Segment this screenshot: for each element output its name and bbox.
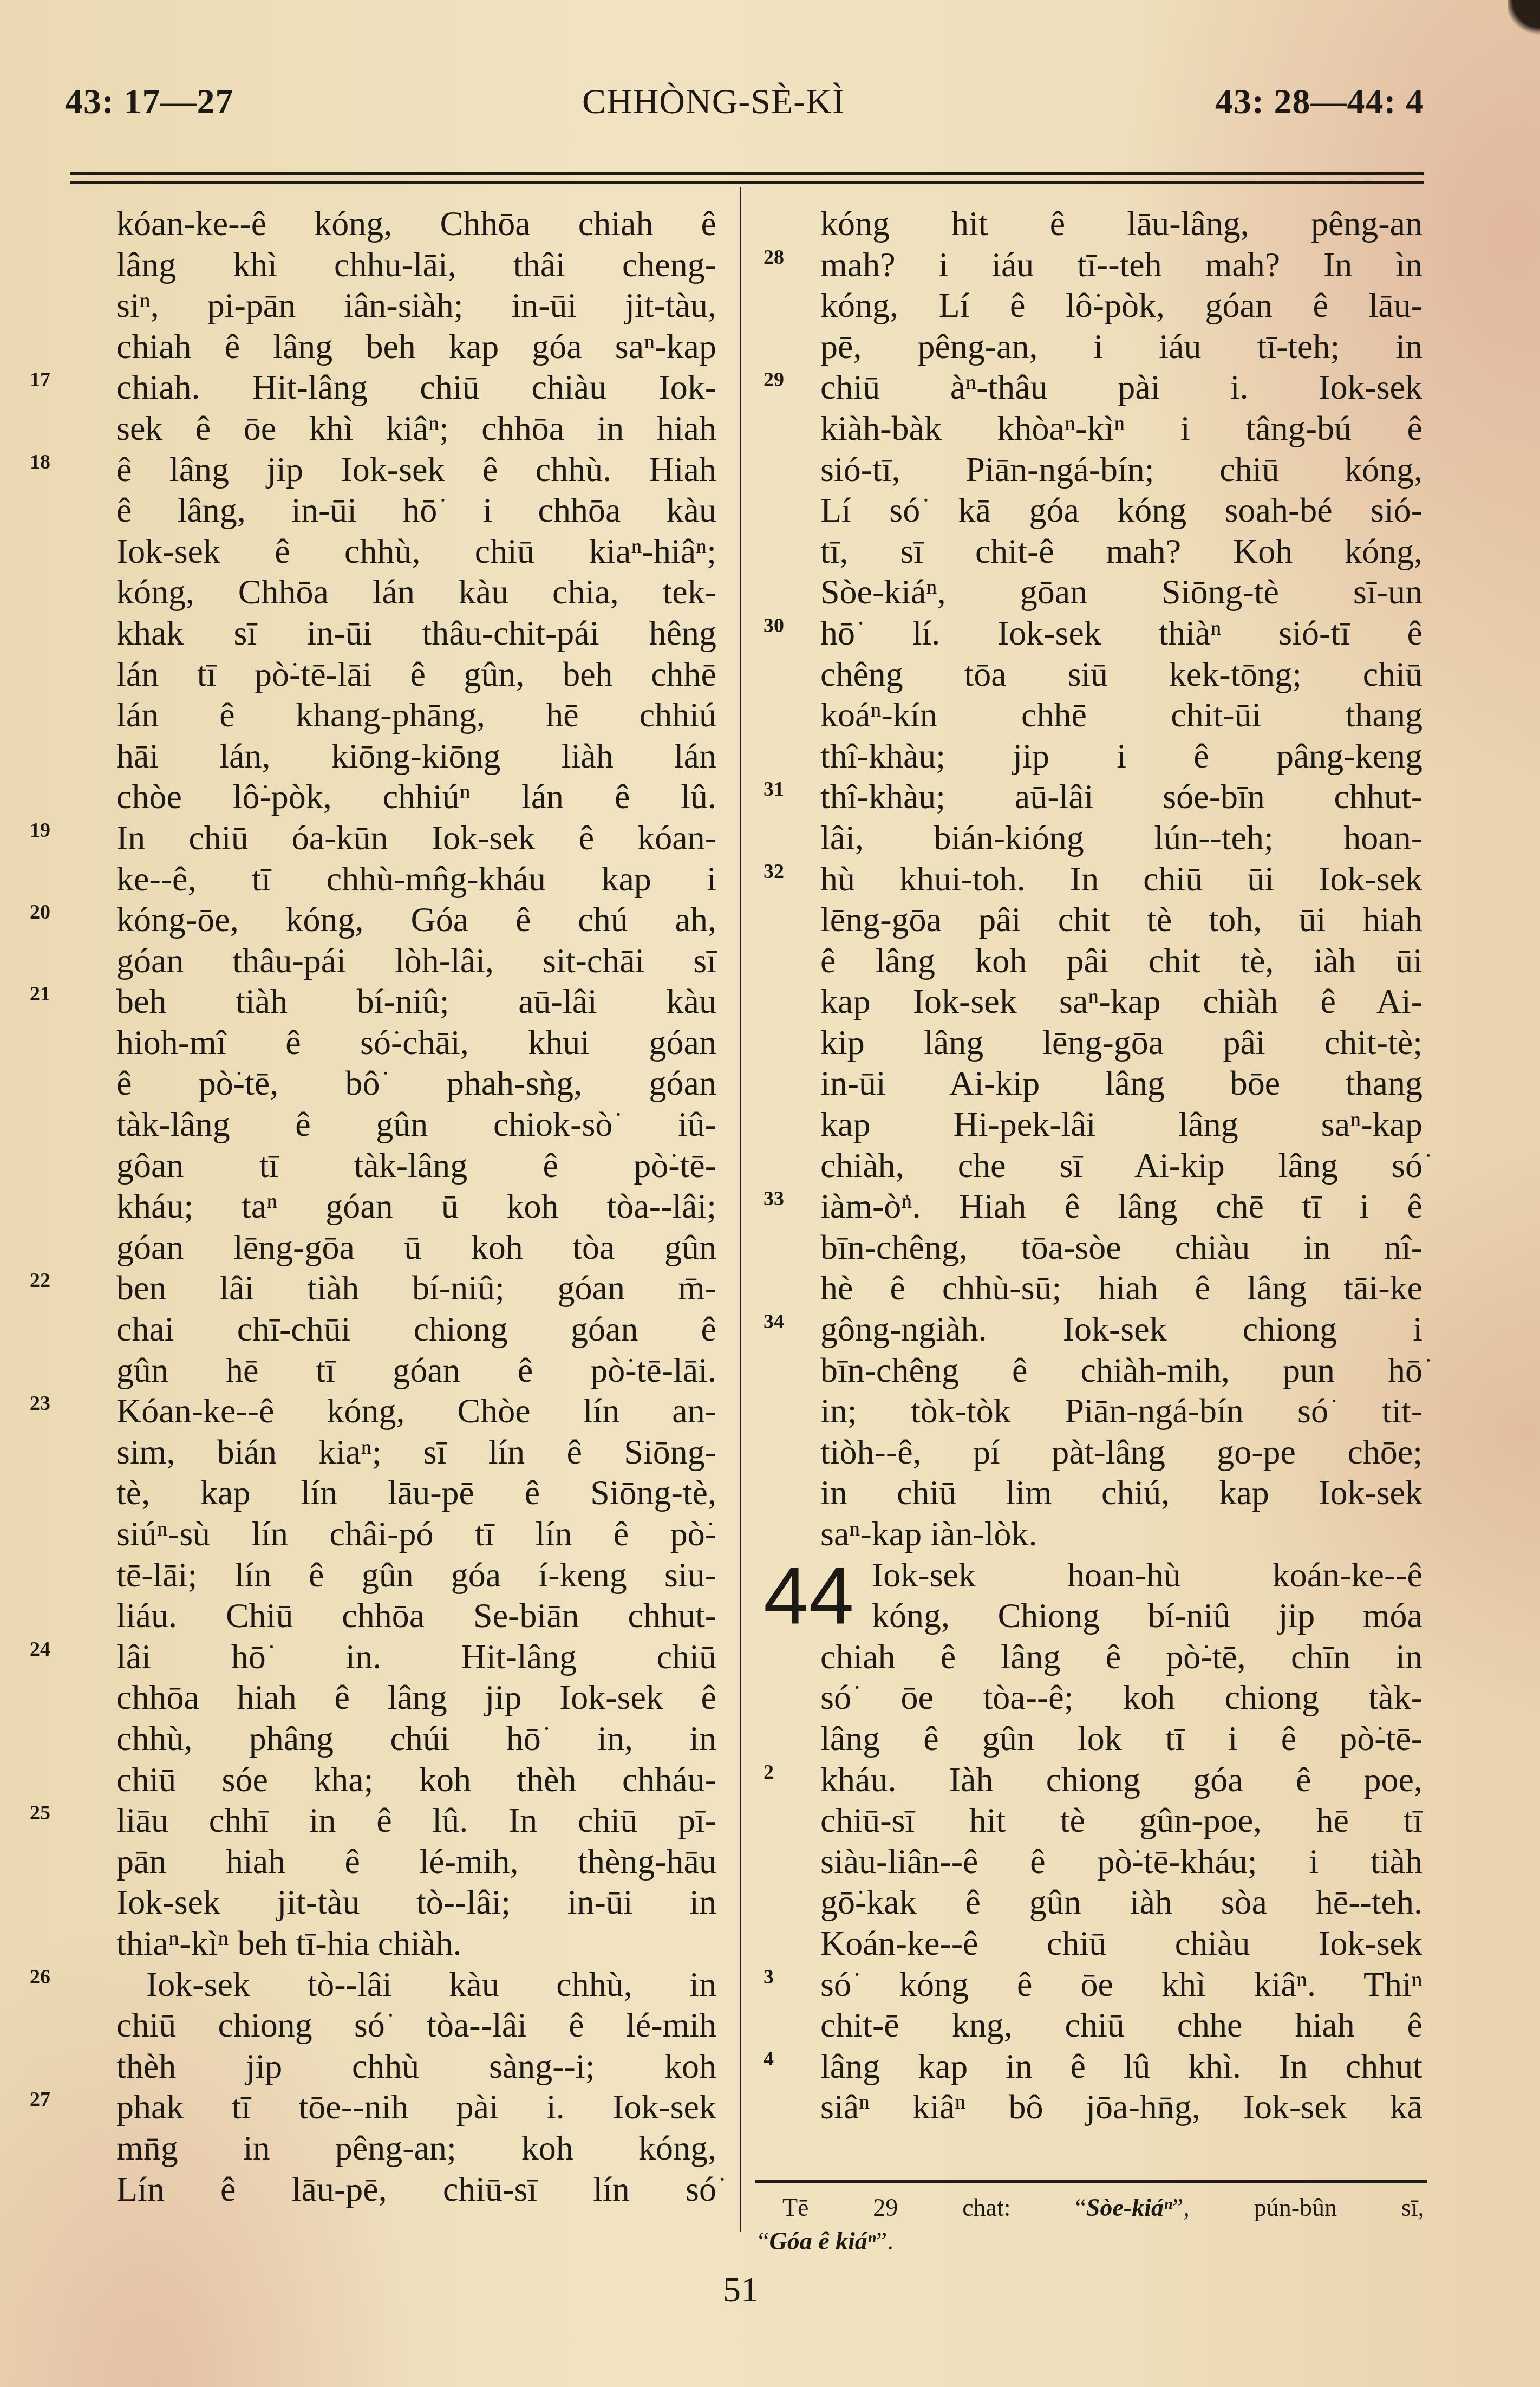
text-line: in-ūi Ai-kip lâng bōe thang (820, 1063, 1422, 1104)
line-text: In chiū óa-kūn Iok-sek ê kóan- (116, 817, 716, 858)
text-line: ke--ê, tī chhù-mn̂g-kháu kap i (116, 858, 716, 900)
text-line: Sòe-kiáⁿ, gōan Siōng-tè sī-un (820, 571, 1422, 613)
verse-number: 32 (764, 861, 807, 882)
line-text: lâng ê gûn lok tī i ê pò͘-tē- (820, 1718, 1422, 1759)
text-line: chiah ê lâng beh kap góa saⁿ-kap (116, 326, 716, 367)
line-text: chiū chiong só͘ tòa--lâi ê lé-mih (116, 2005, 716, 2046)
text-line: chiah ê lâng ê pò͘-tē, chīn in (820, 1636, 1422, 1677)
text-line: chêng tōa siū kek-tōng; chiū (820, 654, 1422, 695)
text-line: kiàh-bàk khòaⁿ-kìⁿ i tâng-bú ê (820, 408, 1422, 449)
text-line: ê lâng koh pâi chit tè, iàh ūi (820, 940, 1422, 981)
line-text: Sòe-kiáⁿ, gōan Siōng-tè sī-un (820, 571, 1422, 613)
text-line: sim, bián kiaⁿ; sī lín ê Siōng- (116, 1432, 716, 1473)
text-line: chòe lô͘-pòk, chhiúⁿ lán ê lû. (116, 776, 716, 817)
text-line: 34gông-ngiàh. Iok-sek chiong i (820, 1309, 1422, 1350)
text-line: 21beh tiàh bí-niû; aū-lâi kàu (116, 981, 716, 1022)
line-text: tàk-lâng ê gûn chiok-sò͘ iû- (116, 1104, 716, 1145)
text-line: gō͘-kak ê gûn iàh sòa hē--teh. (820, 1882, 1422, 1923)
line-text: chai chī-chūi chiong góan ê (116, 1309, 716, 1350)
line-text: mah? i iáu tī--teh mah? In ìn (820, 244, 1422, 285)
text-line: kóng, Chiong bí-niû jip móa (820, 1595, 1422, 1636)
line-text: mn̄g in pêng-an; koh kóng, (116, 2128, 716, 2169)
verse-number: 18 (30, 451, 73, 473)
verse-number: 22 (30, 1270, 73, 1291)
running-head-book-title: CHHÒNG-SÈ-KÌ (582, 81, 845, 122)
line-text: kóng hit ê lāu-lâng, pêng-an (820, 203, 1422, 244)
text-line: chiū-sī hit tè gûn-poe, hē tī (820, 1800, 1422, 1841)
text-line: ê pò͘-tē, bô͘ phah-sǹg, góan (116, 1063, 716, 1104)
page-number: 51 (723, 2269, 759, 2311)
text-line: 27phak tī tōe--nih pài i. Iok-sek (116, 2086, 716, 2128)
line-text: gông-ngiàh. Iok-sek chiong i (820, 1309, 1422, 1350)
text-line: thiaⁿ-kìⁿ beh tī-hia chiàh. (116, 1923, 716, 1964)
text-line: 33iàm-ò͘ⁿ. Hiah ê lâng chē tī i ê (820, 1186, 1422, 1227)
verse-number: 33 (764, 1188, 807, 1209)
column-divider (740, 187, 741, 2232)
line-text: ê lâng jip Iok-sek ê chhù. Hiah (116, 449, 716, 490)
line-text: lán ê khang-phāng, hē chhiú (116, 694, 716, 736)
text-line: kháu; taⁿ góan ū koh tòa--lâi; (116, 1186, 716, 1227)
line-text: chiah. Hit-lâng chiū chiàu Iok- (116, 367, 716, 408)
verse-number: 25 (30, 1802, 73, 1824)
line-text: só͘ ōe tòa--ê; koh chiong tàk- (820, 1677, 1422, 1718)
text-line: Iok-sek jit-tàu tò--lâi; in-ūi in (116, 1882, 716, 1923)
text-line: hāi lán, kiōng-kiōng liàh lán (116, 736, 716, 777)
text-line: kap Hi-pek-lâi lâng saⁿ-kap (820, 1104, 1422, 1145)
line-text: Kóan-ke--ê kóng, Chòe lín an- (116, 1390, 716, 1432)
text-line: liáu. Chiū chhōa Se-biān chhut- (116, 1595, 716, 1636)
line-text: só͘ kóng ê ōe khì kiâⁿ. Thiⁿ (820, 1964, 1422, 2005)
verse-number: 20 (30, 901, 73, 923)
line-text: siⁿ, pi-pān iân-siàh; in-ūi jit-tàu, (116, 285, 716, 326)
line-text: ê lâng koh pâi chit tè, iàh ūi (820, 940, 1422, 981)
text-line: 23Kóan-ke--ê kóng, Chòe lín an- (116, 1390, 716, 1432)
text-line: kóng, Lí ê lô͘-pòk, góan ê lāu- (820, 285, 1422, 326)
line-text: kip lâng lēng-gōa pâi chit-tè; (820, 1022, 1422, 1063)
text-line: chit-ē kng, chiū chhe hiah ê (820, 2005, 1422, 2046)
right-column: kóng hit ê lāu-lâng, pêng-an28mah? i iáu… (820, 203, 1422, 2128)
line-text: Iok-sek ê chhù, chiū kiaⁿ-hiâⁿ; (116, 531, 716, 572)
line-text: saⁿ-kap iàn-lòk. (820, 1514, 1037, 1553)
footnote-line-1: Tē 29 chat: “Sòe-kiáⁿ”, pún-bûn sī, (758, 2191, 1424, 2225)
text-line: 17chiah. Hit-lâng chiū chiàu Iok- (116, 367, 716, 408)
line-text: thèh jip chhù sàng--i; koh (116, 2046, 716, 2087)
footnote-text: ”. (876, 2227, 893, 2255)
text-line: só͘ ōe tòa--ê; koh chiong tàk- (820, 1677, 1422, 1718)
footnote-italic-term: Góa ê kiáⁿ (769, 2227, 876, 2255)
line-text: kap Hi-pek-lâi lâng saⁿ-kap (820, 1104, 1422, 1145)
line-text: hō͘ lí. Iok-sek thiàⁿ sió-tī ê (820, 613, 1422, 654)
running-head-left-ref: 43: 17—27 (65, 81, 233, 122)
text-line: chai chī-chūi chiong góan ê (116, 1309, 716, 1350)
text-line: koáⁿ-kín chhē chit-ūi thang (820, 694, 1422, 736)
line-text: kóng-ōe, kóng, Góa ê chú ah, (116, 899, 716, 940)
text-line: chiàh, che sī Ai-kip lâng só͘ (820, 1145, 1422, 1186)
line-text: lâng kap in ê lû khì. In chhut (820, 2046, 1422, 2087)
line-text: chêng tōa siū kek-tōng; chiū (820, 654, 1422, 695)
line-text: Koán-ke--ê chiū chiàu Iok-sek (820, 1923, 1422, 1964)
text-line: góan lēng-gōa ū koh tòa gûn (116, 1227, 716, 1268)
line-text: siàu-liân--ê ê pò͘-tē-kháu; i tiàh (820, 1841, 1422, 1882)
text-line: kóng, Chhōa lán kàu chia, tek- (116, 571, 716, 613)
text-line: thî-khàu; jip i ê pâng-keng (820, 736, 1422, 777)
text-line: hè ê chhù-sū; hiah ê lâng tāi-ke (820, 1267, 1422, 1309)
text-line: 30hō͘ lí. Iok-sek thiàⁿ sió-tī ê (820, 613, 1422, 654)
text-line: siúⁿ-sù lín châi-pó tī lín ê pò͘- (116, 1513, 716, 1555)
line-text: chiah ê lâng ê pò͘-tē, chīn in (820, 1636, 1422, 1677)
line-text: chhù, phâng chúi hō͘ in, in (116, 1718, 716, 1759)
line-text: liáu. Chiū chhōa Se-biān chhut- (116, 1595, 716, 1636)
text-line: lán ê khang-phāng, hē chhiú (116, 694, 716, 736)
verse-number: 31 (764, 778, 807, 800)
verse-number: 30 (764, 615, 807, 636)
text-line: chiū chiong só͘ tòa--lâi ê lé-mih (116, 2005, 716, 2046)
line-text: thiaⁿ-kìⁿ beh tī-hia chiàh. (116, 1924, 461, 1962)
line-text: ê pò͘-tē, bô͘ phah-sǹg, góan (116, 1063, 716, 1104)
line-text: hè ê chhù-sū; hiah ê lâng tāi-ke (820, 1267, 1422, 1309)
line-text: chiū sóe kha; koh thèh chháu- (116, 1759, 716, 1800)
text-line: bīn-chêng, tōa-sòe chiàu in nî- (820, 1227, 1422, 1268)
line-text: in; tòk-tòk Piān-ngá-bín só͘ tit- (820, 1390, 1422, 1432)
text-line: in; tòk-tòk Piān-ngá-bín só͘ tit- (820, 1390, 1422, 1432)
text-line: 18ê lâng jip Iok-sek ê chhù. Hiah (116, 449, 716, 490)
text-line: kóng hit ê lāu-lâng, pêng-an (820, 203, 1422, 244)
line-text: chiū-sī hit tè gûn-poe, hē tī (820, 1800, 1422, 1841)
footnote-line-2: “Góa ê kiáⁿ”. (758, 2225, 1424, 2258)
text-line: gôan tī tàk-lâng ê pò͘-tē- (116, 1145, 716, 1186)
line-text: lēng-gōa pâi chit tè toh, ūi hiah (820, 899, 1422, 940)
text-line: in chiū lim chiú, kap Iok-sek (820, 1472, 1422, 1513)
footnote-text: “ (758, 2227, 769, 2255)
text-line: Lí só͘ kā góa kóng soah-bé sió- (820, 490, 1422, 531)
verse-number: 4 (764, 2048, 807, 2070)
line-text: pē, pêng-an, i iáu tī-teh; in (820, 326, 1422, 367)
line-text: lâi, bián-kióng lún--teh; hoan- (820, 817, 1422, 858)
verse-number: 28 (764, 246, 807, 268)
text-line: tàk-lâng ê gûn chiok-sò͘ iû- (116, 1104, 716, 1145)
text-line: ê lâng, in-ūi hō͘ i chhōa kàu (116, 490, 716, 531)
line-text: thî-khàu; aū-lâi sóe-bīn chhut- (820, 776, 1422, 817)
text-line: hioh-mî ê só͘-chāi, khui góan (116, 1022, 716, 1063)
verse-number: 23 (30, 1393, 73, 1414)
text-line: thèh jip chhù sàng--i; koh (116, 2046, 716, 2087)
line-text: gûn hē tī góan ê pò͘-tē-lāi. (116, 1350, 716, 1391)
line-text: tē-lāi; lín ê gûn góa í-keng siu- (116, 1555, 716, 1596)
line-text: góan lēng-gōa ū koh tòa gûn (116, 1227, 716, 1268)
line-text: tī, sī chit-ê mah? Koh kóng, (820, 531, 1422, 572)
text-line: tē-lāi; lín ê gûn góa í-keng siu- (116, 1555, 716, 1596)
line-text: bīn-chêng, tōa-sòe chiàu in nî- (820, 1227, 1422, 1268)
text-line: 29chiū àⁿ-thâu pài i. Iok-sek (820, 367, 1422, 408)
text-line: 26Iok-sek tò--lâi kàu chhù, in (116, 1964, 716, 2005)
line-text: chòe lô͘-pòk, chhiúⁿ lán ê lû. (116, 776, 716, 817)
running-head: 43: 17—27 CHHÒNG-SÈ-KÌ 43: 28—44: 4 (65, 81, 1424, 130)
text-line: 22ben lâi tiàh bí-niû; góan m̄- (116, 1267, 716, 1309)
line-text: in-ūi Ai-kip lâng bōe thang (820, 1063, 1422, 1104)
text-line: sió-tī, Piān-ngá-bín; chiū kóng, (820, 449, 1422, 490)
verse-number: 17 (30, 369, 73, 391)
line-text: sim, bián kiaⁿ; sī lín ê Siōng- (116, 1432, 716, 1473)
text-line: tè, kap lín lāu-pē ê Siōng-tè, (116, 1472, 716, 1513)
text-line: 25liāu chhī in ê lû. In chiū pī- (116, 1800, 716, 1841)
line-text: tè, kap lín lāu-pē ê Siōng-tè, (116, 1472, 716, 1513)
text-line: 2kháu. Iàh chiong góa ê poe, (820, 1759, 1422, 1800)
line-text: Iok-sek tò--lâi kàu chhù, in (146, 1964, 716, 2005)
text-line: siâⁿ kiâⁿ bô jōa-hn̄g, Iok-sek kā (820, 2086, 1422, 2128)
text-line: 44Iok-sek hoan-hù koán-ke--ê (820, 1555, 1422, 1596)
book-page: 43: 17—27 CHHÒNG-SÈ-KÌ 43: 28—44: 4 kóan… (0, 0, 1540, 2387)
line-text: lâi hō͘ in. Hit-lâng chiū (116, 1636, 716, 1677)
line-text: iàm-ò͘ⁿ. Hiah ê lâng chē tī i ê (820, 1186, 1422, 1227)
line-text: chhōa hiah ê lâng jip Iok-sek ê (116, 1677, 716, 1718)
verse-number: 3 (764, 1966, 807, 1988)
line-text: chit-ē kng, chiū chhe hiah ê (820, 2005, 1422, 2046)
line-text: tiòh--ê, pí pàt-lâng go-pe chōe; (820, 1432, 1422, 1473)
text-line: 4lâng kap in ê lû khì. In chhut (820, 2046, 1422, 2087)
footnote-text: ”, pún-bûn sī, (1172, 2194, 1424, 2221)
line-text: kóng, Lí ê lô͘-pòk, góan ê lāu- (820, 285, 1422, 326)
line-text: liāu chhī in ê lû. In chiū pī- (116, 1800, 716, 1841)
line-text: ê lâng, in-ūi hō͘ i chhōa kàu (116, 490, 716, 531)
verse-number: 19 (30, 819, 73, 841)
text-line: chhōa hiah ê lâng jip Iok-sek ê (116, 1677, 716, 1718)
line-text: pān hiah ê lé-mih, thèng-hāu (116, 1841, 716, 1882)
header-double-rule (70, 172, 1424, 184)
line-text: lán tī pò͘-tē-lāi ê gûn, beh chhē (116, 654, 716, 695)
footnote-italic-term: Sòe-kiáⁿ (1086, 2194, 1172, 2221)
line-text: kóng, Chiong bí-niû jip móa (872, 1595, 1422, 1636)
text-line: chhù, phâng chúi hō͘ in, in (116, 1718, 716, 1759)
text-line: lâng ê gûn lok tī i ê pò͘-tē- (820, 1718, 1422, 1759)
line-text: hù khui-toh. In chiū ūi Iok-sek (820, 858, 1422, 900)
line-text: kóan-ke--ê kóng, Chhōa chiah ê (116, 203, 716, 244)
text-line: góan thâu-pái lòh-lâi, sit-chāi sī (116, 940, 716, 981)
verse-number: 21 (30, 983, 73, 1005)
line-text: Iok-sek hoan-hù koán-ke--ê (872, 1555, 1422, 1596)
line-text: Lín ê lāu-pē, chiū-sī lín só͘ (116, 2169, 716, 2210)
line-text: thî-khàu; jip i ê pâng-keng (820, 736, 1422, 777)
text-line: 19In chiū óa-kūn Iok-sek ê kóan- (116, 817, 716, 858)
text-line: 24lâi hō͘ in. Hit-lâng chiū (116, 1636, 716, 1677)
line-text: lâng khì chhu-lāi, thâi cheng- (116, 244, 716, 285)
text-line: bīn-chêng ê chiàh-mih, pun hō͘ (820, 1350, 1422, 1391)
verse-number: 24 (30, 1638, 73, 1660)
text-line: siⁿ, pi-pān iân-siàh; in-ūi jit-tàu, (116, 285, 716, 326)
text-line: kip lâng lēng-gōa pâi chit-tè; (820, 1022, 1422, 1063)
footnote: Tē 29 chat: “Sòe-kiáⁿ”, pún-bûn sī, “Góa… (758, 2191, 1424, 2258)
text-line: sek ê ōe khì kiâⁿ; chhōa in hiah (116, 408, 716, 449)
line-text: Lí só͘ kā góa kóng soah-bé sió- (820, 490, 1422, 531)
line-text: kiàh-bàk khòaⁿ-kìⁿ i tâng-bú ê (820, 408, 1422, 449)
line-text: phak tī tōe--nih pài i. Iok-sek (116, 2086, 716, 2128)
line-text: hāi lán, kiōng-kiōng liàh lán (116, 736, 716, 777)
line-text: ke--ê, tī chhù-mn̂g-kháu kap i (116, 858, 716, 900)
line-text: siúⁿ-sù lín châi-pó tī lín ê pò͘- (116, 1513, 716, 1555)
text-line: pē, pêng-an, i iáu tī-teh; in (820, 326, 1422, 367)
line-text: gō͘-kak ê gûn iàh sòa hē--teh. (820, 1882, 1422, 1923)
text-line: 28mah? i iáu tī--teh mah? In ìn (820, 244, 1422, 285)
line-text: kháu; taⁿ góan ū koh tòa--lâi; (116, 1186, 716, 1227)
line-text: Iok-sek jit-tàu tò--lâi; in-ūi in (116, 1882, 716, 1923)
verse-number: 29 (764, 369, 807, 391)
page-corner-shadow (1508, 0, 1540, 38)
line-text: kháu. Iàh chiong góa ê poe, (820, 1759, 1422, 1800)
line-text: beh tiàh bí-niû; aū-lâi kàu (116, 981, 716, 1022)
text-line: pān hiah ê lé-mih, thèng-hāu (116, 1841, 716, 1882)
text-line: lâng khì chhu-lāi, thâi cheng- (116, 244, 716, 285)
line-text: góan thâu-pái lòh-lâi, sit-chāi sī (116, 940, 716, 981)
text-line: Koán-ke--ê chiū chiàu Iok-sek (820, 1923, 1422, 1964)
line-text: gôan tī tàk-lâng ê pò͘-tē- (116, 1145, 716, 1186)
text-line: Iok-sek ê chhù, chiū kiaⁿ-hiâⁿ; (116, 531, 716, 572)
text-line: lán tī pò͘-tē-lāi ê gûn, beh chhē (116, 654, 716, 695)
text-line: tī, sī chit-ê mah? Koh kóng, (820, 531, 1422, 572)
line-text: siâⁿ kiâⁿ bô jōa-hn̄g, Iok-sek kā (820, 2086, 1422, 2128)
footnote-rule (755, 2180, 1427, 2183)
text-line: 20kóng-ōe, kóng, Góa ê chú ah, (116, 899, 716, 940)
text-line: gûn hē tī góan ê pò͘-tē-lāi. (116, 1350, 716, 1391)
line-text: hioh-mî ê só͘-chāi, khui góan (116, 1022, 716, 1063)
line-text: koáⁿ-kín chhē chit-ūi thang (820, 694, 1422, 736)
text-line: tiòh--ê, pí pàt-lâng go-pe chōe; (820, 1432, 1422, 1473)
footnote-text: Tē 29 chat: “ (782, 2194, 1086, 2221)
text-line: 3só͘ kóng ê ōe khì kiâⁿ. Thiⁿ (820, 1964, 1422, 2005)
line-text: ben lâi tiàh bí-niû; góan m̄- (116, 1267, 716, 1309)
text-line: siàu-liân--ê ê pò͘-tē-kháu; i tiàh (820, 1841, 1422, 1882)
text-line: 32hù khui-toh. In chiū ūi Iok-sek (820, 858, 1422, 900)
line-text: sek ê ōe khì kiâⁿ; chhōa in hiah (116, 408, 716, 449)
verse-number: 26 (30, 1966, 73, 1988)
line-text: kap Iok-sek saⁿ-kap chiàh ê Ai- (820, 981, 1422, 1022)
text-line: Lín ê lāu-pē, chiū-sī lín só͘ (116, 2169, 716, 2210)
text-line: kap Iok-sek saⁿ-kap chiàh ê Ai- (820, 981, 1422, 1022)
line-text: in chiū lim chiú, kap Iok-sek (820, 1472, 1422, 1513)
line-text: khak sī in-ūi thâu-chit-pái hêng (116, 613, 716, 654)
line-text: chiah ê lâng beh kap góa saⁿ-kap (116, 326, 716, 367)
running-head-right-ref: 43: 28—44: 4 (1215, 81, 1424, 122)
verse-number: 34 (764, 1311, 807, 1332)
text-line: mn̄g in pêng-an; koh kóng, (116, 2128, 716, 2169)
text-line: kóan-ke--ê kóng, Chhōa chiah ê (116, 203, 716, 244)
text-line: khak sī in-ūi thâu-chit-pái hêng (116, 613, 716, 654)
line-text: chiū àⁿ-thâu pài i. Iok-sek (820, 367, 1422, 408)
line-text: sió-tī, Piān-ngá-bín; chiū kóng, (820, 449, 1422, 490)
verse-number: 2 (764, 1761, 807, 1783)
line-text: bīn-chêng ê chiàh-mih, pun hō͘ (820, 1350, 1422, 1391)
text-line: lēng-gōa pâi chit tè toh, ūi hiah (820, 899, 1422, 940)
text-line: 31thî-khàu; aū-lâi sóe-bīn chhut- (820, 776, 1422, 817)
line-text: chiàh, che sī Ai-kip lâng só͘ (820, 1145, 1422, 1186)
text-line: lâi, bián-kióng lún--teh; hoan- (820, 817, 1422, 858)
verse-number: 27 (30, 2089, 73, 2110)
line-text: kóng, Chhōa lán kàu chia, tek- (116, 571, 716, 613)
left-column: kóan-ke--ê kóng, Chhōa chiah êlâng khì c… (116, 203, 716, 2209)
text-line: chiū sóe kha; koh thèh chháu- (116, 1759, 716, 1800)
text-line: saⁿ-kap iàn-lòk. (820, 1513, 1422, 1555)
